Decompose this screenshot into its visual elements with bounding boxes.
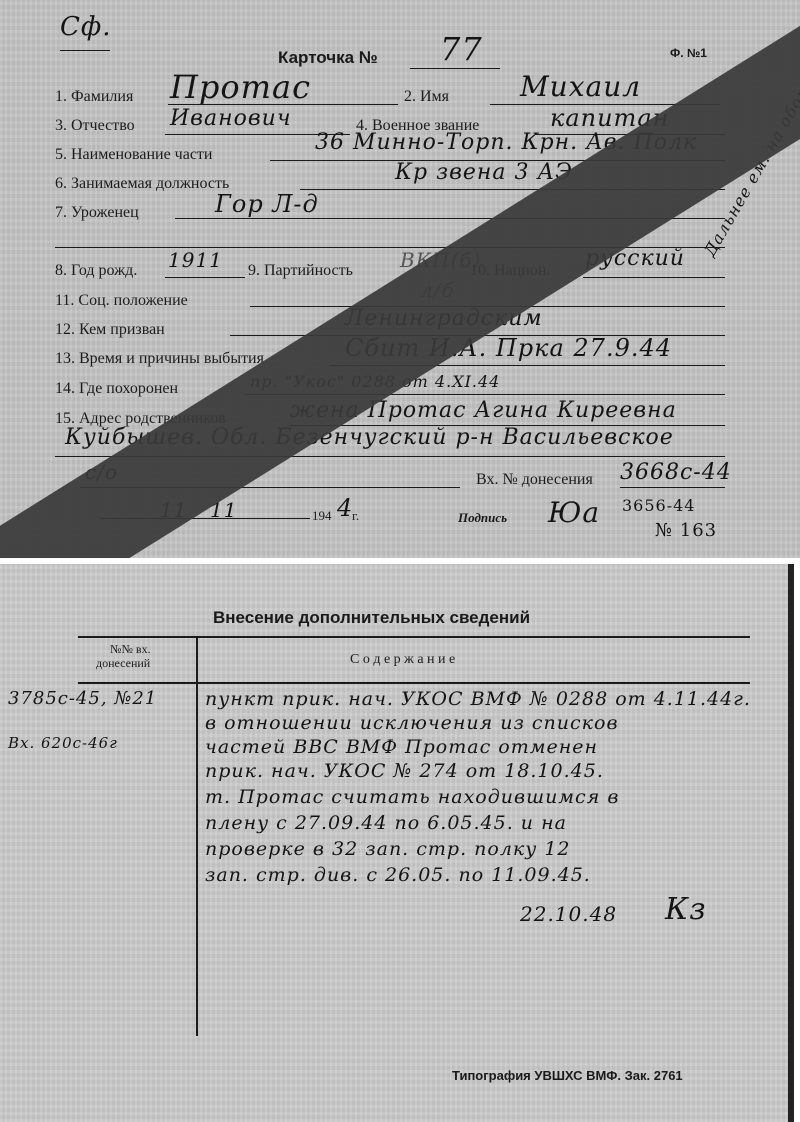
label-surname: 1. Фамилия [55,88,133,106]
label-social: 11. Соц. положение [55,292,188,310]
card-number: 77 [440,30,483,68]
label-unit: 5. Наименование части [55,146,212,164]
form-code: Ф. №1 [670,46,707,60]
date-year-prefix: 194 [312,508,332,524]
content-line-3: частей ВВС ВМФ Протас отменен [205,736,598,758]
value-name: Михаил [520,70,641,103]
label-incoming: Вх. № донесения [476,471,593,489]
content-line-6: плену с 27.09.44 по 6.05.45. и на [205,812,567,834]
corner-mark: Сф. [60,12,112,42]
printer-footer: Типография УВШХС ВМФ. Зак. 2761 [452,1068,683,1083]
label-departure: 13. Время и причины выбытия [55,350,264,368]
extra-note-1: 3656-44 [622,496,695,515]
value-signature: Юа [548,496,600,529]
label-birth-year: 8. Год рожд. [55,262,137,280]
date-year-suffix: 4 [337,494,353,522]
label-name: 2. Имя [404,88,449,106]
col1-header-1: №№ вх. [110,642,151,657]
left-entry-1: 3785с-45, №21 [8,688,157,709]
label-buried: 14. Где похоронен [55,380,178,398]
value-birth-year: 1911 [168,248,223,272]
content-line-1: пункт прик. нач. УКОС ВМФ № 0288 от 4.11… [205,688,751,710]
label-party: 9. Партийность [248,262,353,280]
value-incoming: 3668с-44 [620,460,732,485]
content-line-2: в отношении исключения из списков [205,712,619,734]
card-back: Внесение дополнительных сведений №№ вх. … [0,564,794,1122]
value-surname: Протас [170,68,311,106]
value-patronymic: Иванович [170,106,292,131]
content-line-4: прик. нач. УКОС № 274 от 18.10.45. [205,760,604,782]
card-title: Карточка № [278,48,378,68]
content-line-7: проверке в 32 зап. стр. полку 12 [205,838,571,860]
label-signature: Подпись [458,510,507,526]
label-position: 6. Занимаемая должность [55,175,229,193]
col2-header: С о д е р ж а н и е [350,652,455,668]
col1-header-2: донесений [96,656,150,671]
card-front: Сф. Карточка № 77 Ф. №1 1. Фамилия Прота… [0,0,800,558]
left-entry-2: Вх. 620с-46г [8,734,118,752]
back-signature: Кз [665,892,707,927]
sign-date: 22.10.48 [520,902,617,926]
date-year-unit: г. [352,508,359,524]
value-position: Кр звена 3 АЭ [395,160,573,185]
content-line-5: т. Протас считать находившимся в [205,786,619,808]
label-patronymic: 3. Отчество [55,117,135,135]
value-birthplace: Гор Л-д [215,190,319,218]
content-line-8: зап. стр. див. с 26.05. по 11.09.45. [205,864,591,886]
back-title: Внесение дополнительных сведений [213,608,530,628]
extra-note-2: № 163 [655,520,717,541]
label-drafted: 12. Кем призван [55,321,165,339]
label-birthplace: 7. Уроженец [55,204,139,222]
